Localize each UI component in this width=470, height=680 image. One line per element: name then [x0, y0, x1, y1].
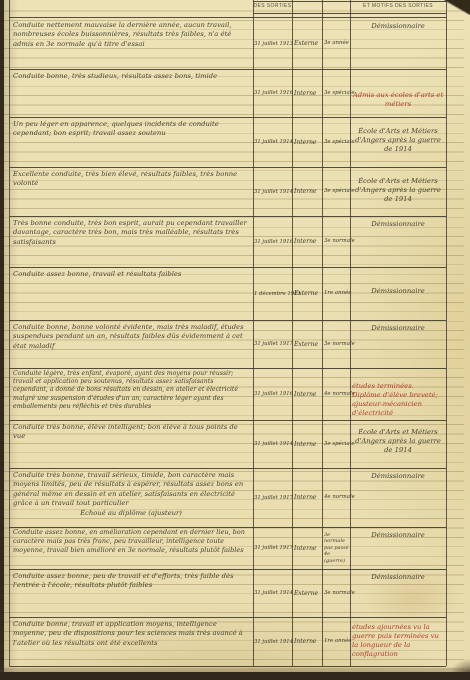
exit-date-cell: 31 juillet 1917 — [254, 527, 291, 569]
exit-motif-cell: Démissionnaire — [352, 531, 444, 540]
exit-date-column-header: DES SORTIES — [253, 3, 292, 9]
exit-date-cell: 31 juillet 1914 — [254, 420, 291, 468]
regime-cell: Externe — [294, 18, 321, 69]
class-cell: 3e spéciale — [324, 420, 349, 468]
exit-date-cell: 31 juillet 1917 — [254, 320, 291, 368]
observations-cell: Un peu léger en apparence, quelques inci… — [13, 120, 249, 139]
observations-cell: Conduite assez bonne, travail et résulta… — [13, 270, 249, 279]
table-row: Conduite assez bonne, en amélioration ce… — [0, 527, 470, 569]
binding-shadow — [4, 0, 18, 680]
regime-cell: Interne — [294, 69, 321, 117]
regime-cell: Interne — [294, 617, 321, 666]
class-cell: 4e normale — [324, 368, 349, 420]
table-row: Excellente conduite, très bien élevé, ré… — [0, 167, 470, 216]
class-cell: 3e spéciale — [324, 167, 349, 216]
exit-date-cell: 31 juillet 1914 — [254, 167, 291, 216]
header-box-line — [253, 13, 446, 14]
table-row: Conduite nettement mauvaise la dernière … — [0, 18, 470, 69]
class-cell: 3e normale pas passé 4e (guerre) — [324, 527, 349, 569]
table-row: Conduite très bonne, travail sérieux, ti… — [0, 468, 470, 527]
class-cell: 3e spéciale — [324, 69, 349, 117]
paper-edge-bottom — [0, 672, 470, 680]
exit-date-cell: 1 décembre 1911 — [254, 267, 291, 320]
regime-cell: Externe — [294, 320, 321, 368]
exit-date-cell: 31 juillet 1916 — [254, 69, 291, 117]
observations-cell: Conduite légère, très enfant, évaporé, a… — [13, 370, 249, 411]
exit-motif-cell: Démissionnaire — [352, 324, 444, 333]
table-row: Conduite assez bonne, peu de travail et … — [0, 569, 470, 617]
exit-motif-cell: Démissionnaire — [352, 220, 444, 229]
exit-date-cell: 31 juillet 1914 — [254, 617, 291, 666]
register-page: DES SORTIES ET MOTIFS DES SORTIES Condui… — [0, 0, 470, 680]
paper-edge-left — [0, 0, 4, 680]
class-cell: 1re année — [324, 267, 349, 320]
observations-cell: Conduite nettement mauvaise la dernière … — [13, 21, 249, 49]
regime-cell: Interne — [294, 216, 321, 267]
exit-date-cell: 31 juillet 1914 — [254, 569, 291, 617]
observations-text: Conduite très bonne, travail sérieux, ti… — [13, 471, 243, 507]
class-cell: 3e année — [324, 18, 349, 69]
table-row: Conduite légère, très enfant, évaporé, a… — [0, 368, 470, 420]
table-row: Conduite bonne, travail et application m… — [0, 617, 470, 666]
diploma-note: Échoué au diplôme (ajusteur) — [13, 509, 249, 518]
exit-motif-cell: École d'Arts et Métiers d'Angers après l… — [352, 177, 444, 204]
observations-cell: Très bonne conduite, très bon esprit, au… — [13, 219, 249, 247]
observations-cell: Conduite bonne, travail et application m… — [13, 620, 249, 648]
table-row: Conduite assez bonne, travail et résulta… — [0, 267, 470, 320]
observations-cell: Conduite très bonne, élève intelligent; … — [13, 423, 249, 442]
class-cell: 1re année — [324, 617, 349, 666]
exit-motif-cell: École d'Arts et Métiers d'Angers après l… — [352, 428, 444, 455]
regime-cell: Interne — [294, 167, 321, 216]
observations-cell: Conduite assez bonne, en amélioration ce… — [13, 528, 249, 555]
exit-motif-column-header: ET MOTIFS DES SORTIES — [350, 3, 446, 9]
observations-cell: Conduite bonne, bonne volonté évidente, … — [13, 323, 249, 351]
table-row: Très bonne conduite, très bon esprit, au… — [0, 216, 470, 267]
paper-corner-top-right — [444, 0, 470, 15]
class-cell: 3e spéciale — [324, 117, 349, 167]
observations-cell: Conduite très bonne, travail sérieux, ti… — [13, 471, 249, 518]
exit-motif-cell: études terminées. Diplôme d'élève brevet… — [352, 382, 444, 418]
table-row: Conduite bonne, bonne volonté évidente, … — [0, 320, 470, 368]
exit-motif-cell: études ajournées vu la guerre puis termi… — [352, 623, 444, 659]
exit-motif-cell: École d'Arts et Métiers d'Angers après l… — [352, 127, 444, 154]
exit-motif-cell: Démissionnaire — [352, 287, 444, 296]
observations-cell: Conduite bonne, très studieux, résultats… — [13, 72, 249, 81]
exit-date-cell: 31 juillet 1913 — [254, 18, 291, 69]
paper-corner-bottom-right — [450, 658, 470, 674]
exit-date-cell: 31 juillet 1914 — [254, 117, 291, 167]
exit-motif-cell: Démissionnaire — [352, 22, 444, 31]
regime-cell: Interne — [294, 527, 321, 569]
regime-cell: Externe — [294, 569, 321, 617]
regime-cell: Interne — [294, 420, 321, 468]
regime-cell: Externe — [294, 267, 321, 320]
table-row: Conduite bonne, très studieux, résultats… — [0, 69, 470, 117]
observations-cell: Conduite assez bonne, peu de travail et … — [13, 572, 249, 591]
exit-motif-cell: Démissionnaire — [352, 573, 444, 582]
table-row: Un peu léger en apparence, quelques inci… — [0, 117, 470, 167]
exit-motif-cell: Démissionnaire — [352, 472, 444, 481]
table-row: Conduite très bonne, élève intelligent; … — [0, 420, 470, 468]
exit-date-cell: 31 juillet 1916 — [254, 368, 291, 420]
regime-cell: Interne — [294, 117, 321, 167]
exit-motif-cell: Admis aux écoles d'arts et métiers — [352, 91, 444, 109]
exit-date-cell: 31 juillet 1917 — [254, 468, 291, 527]
class-cell: 3e normale — [324, 320, 349, 368]
observations-cell: Excellente conduite, très bien élevé, ré… — [13, 170, 249, 189]
exit-date-cell: 31 juillet 1916 — [254, 216, 291, 267]
regime-cell: Interne — [294, 368, 321, 420]
class-cell: 3e normale — [324, 569, 349, 617]
class-cell: 4e normale — [324, 468, 349, 527]
class-cell: 3e normale — [324, 216, 349, 267]
regime-cell: Interne — [294, 468, 321, 527]
